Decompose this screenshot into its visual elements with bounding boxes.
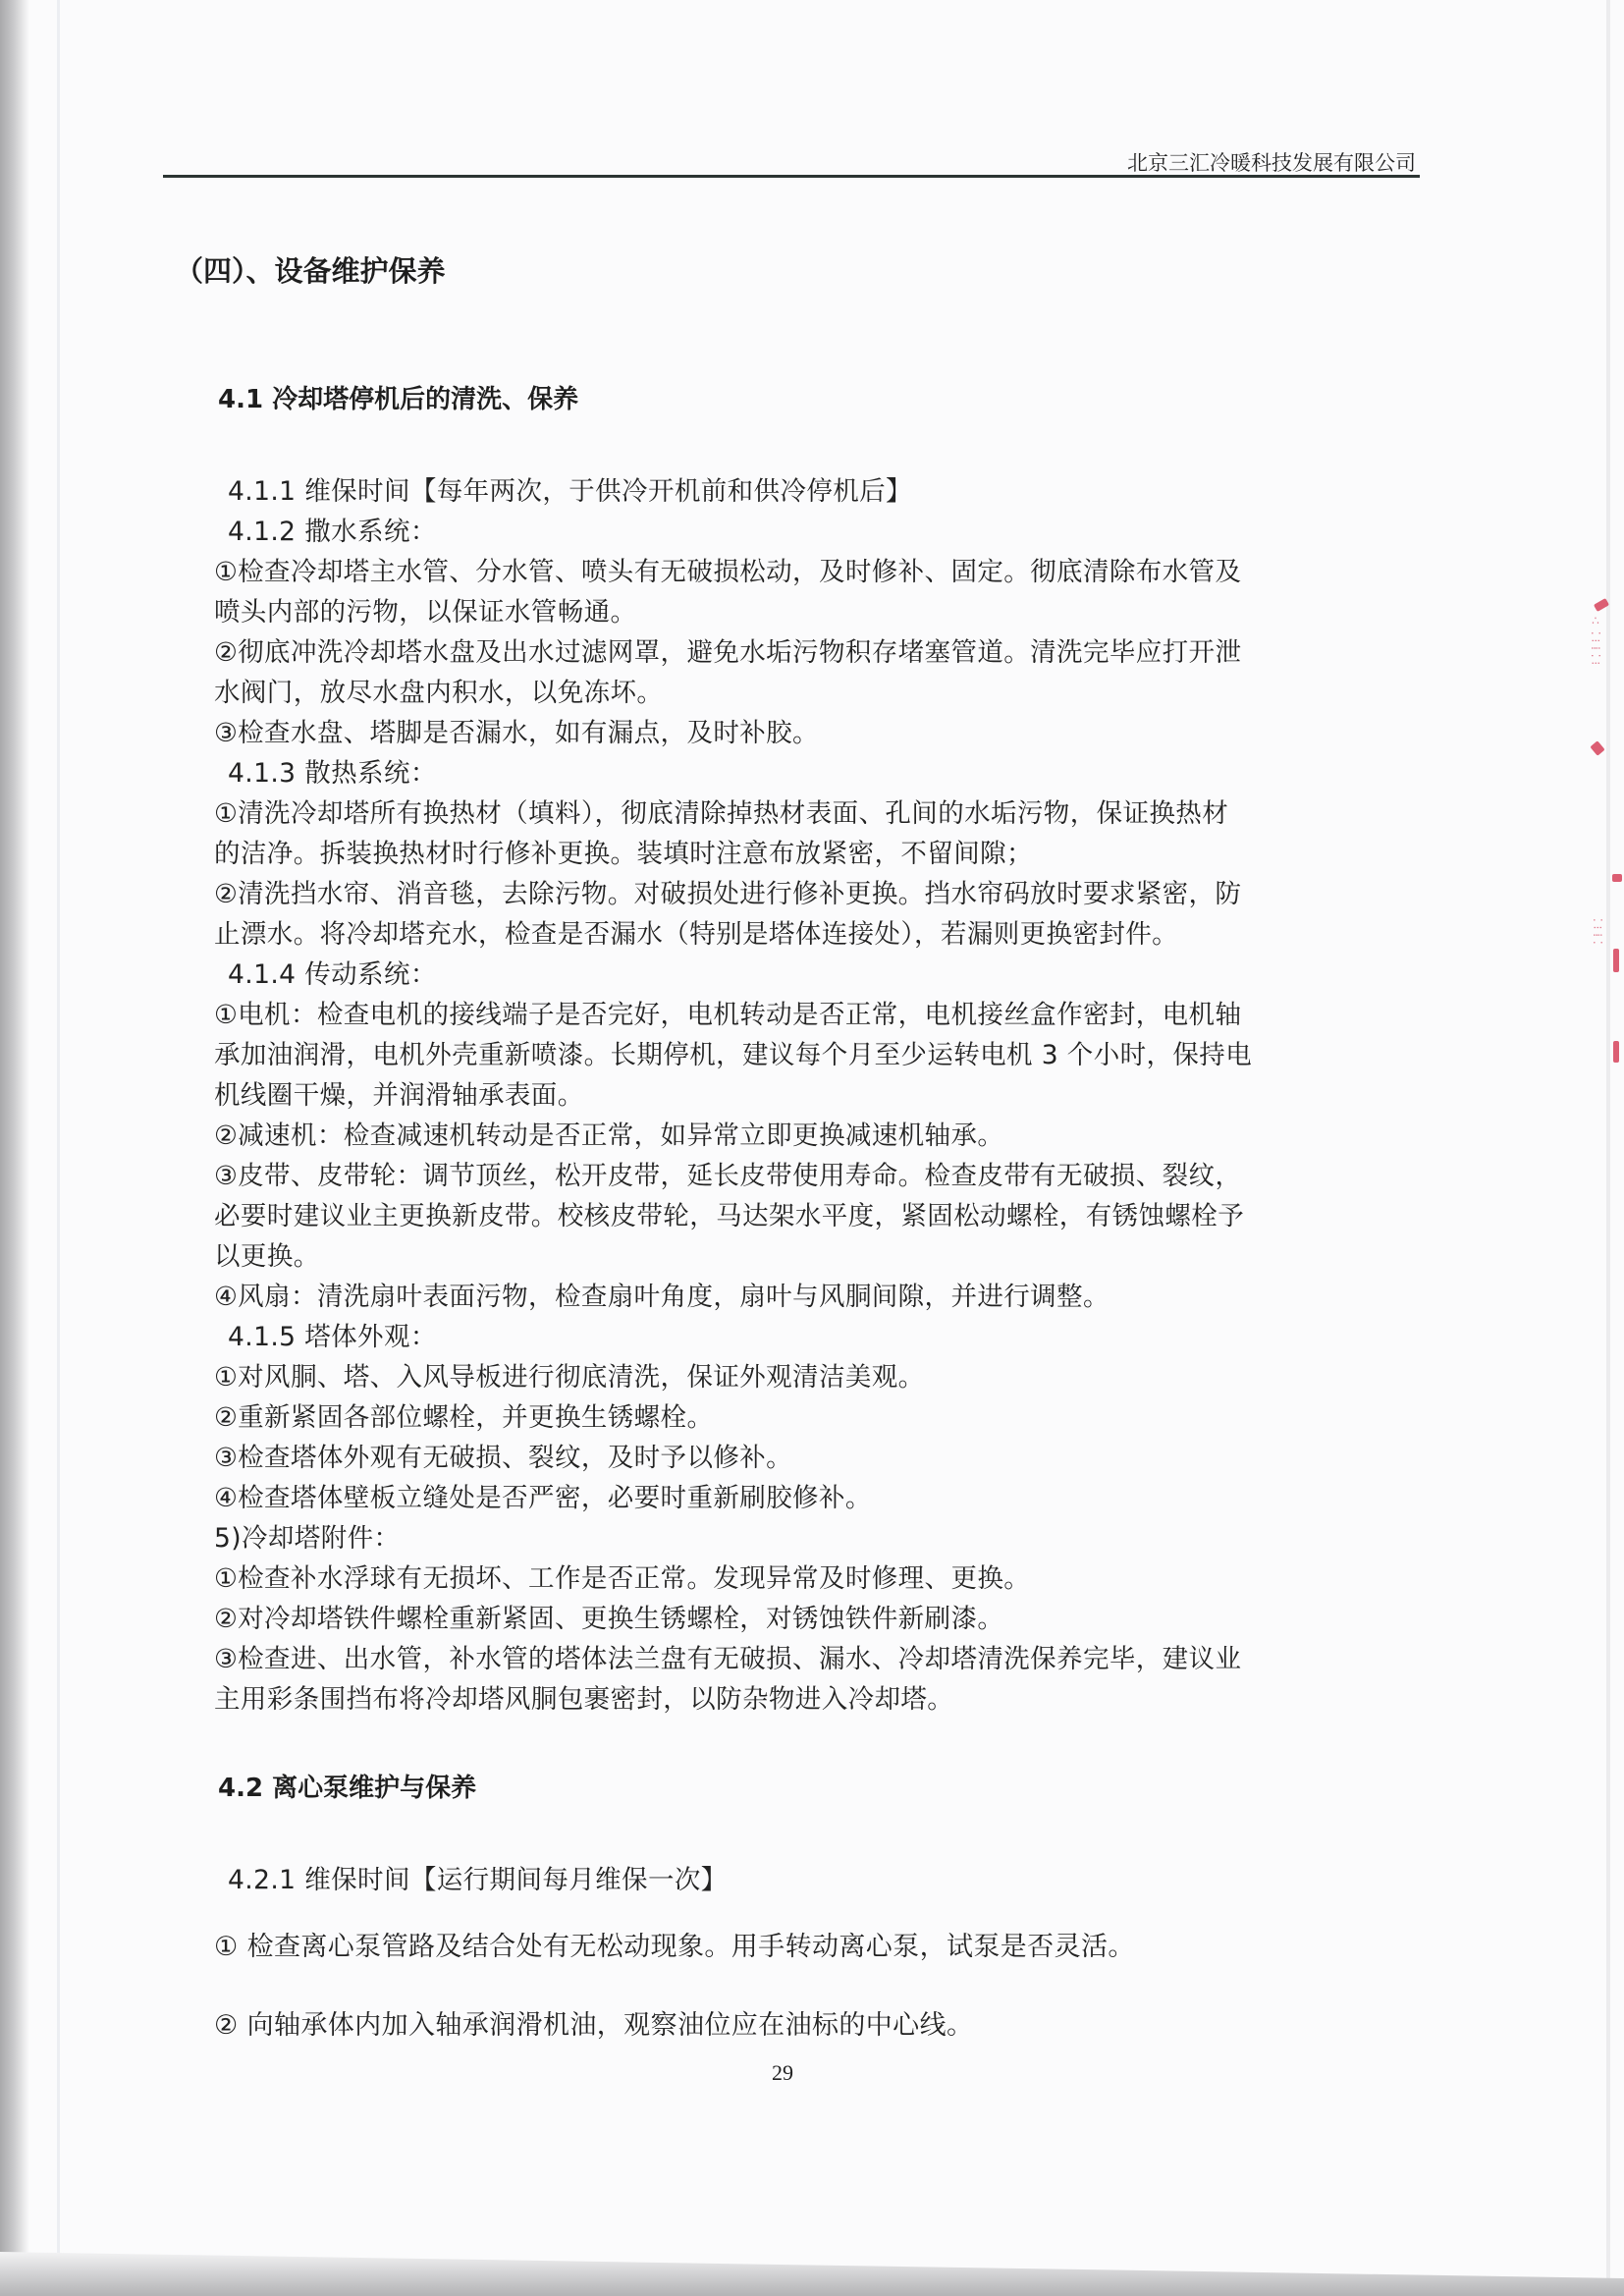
paragraph-line: 止漂水。将冷却塔充水，检查是否漏水（特别是塔体连接处），若漏则更换密封件。 <box>214 912 1178 951</box>
paragraph-line: 以更换。 <box>214 1234 320 1273</box>
paragraph-line: ③检查进、出水管，补水管的塔体法兰盘有无破损、漏水、冷却塔清洗保养完毕，建议业 <box>214 1637 1241 1675</box>
paragraph-line: 主用彩条围挡布将冷却塔风胴包裹密封，以防杂物进入冷却塔。 <box>214 1677 953 1716</box>
paragraph-line: ②清洗挡水帘、消音毯，去除污物。对破损处进行修补更换。挡水帘码放时要求紧密，防 <box>214 872 1241 910</box>
page-number: 29 <box>772 2060 793 2086</box>
document-page: 北京三汇冷暖科技发展有限公司 （四）、设备维护保养 4.1 冷却塔停机后的清洗、… <box>0 0 1624 2296</box>
paragraph-line: 4.1.4 传动系统： <box>228 953 437 991</box>
paragraph-line: 的洁净。拆装换热材时行修补更换。装填时注意布放紧密，不留间隙； <box>214 832 1033 870</box>
paragraph-line: ①检查补水浮球有无损坏、工作是否正常。发现异常及时修理、更换。 <box>214 1557 1030 1595</box>
seal-stamp-fragment <box>1613 949 1619 972</box>
paragraph-line: 必要时建议业主更换新皮带。校核皮带轮，马达架水平度，紧固松动螺栓，有锈蚀螺栓予 <box>214 1194 1244 1232</box>
paragraph-line: ①清洗冷却塔所有换热材（填料），彻底清除掉热材表面、孔间的水垢污物，保证换热材 <box>214 792 1228 830</box>
paragraph-line: ①对风胴、塔、入风导板进行彻底清洗，保证外观清洁美观。 <box>214 1355 925 1394</box>
paragraph-line: ④风扇：清洗扇叶表面污物，检查扇叶角度，扇叶与风胴间隙，并进行调整。 <box>214 1275 1110 1313</box>
seal-stamp-fragment <box>1612 874 1622 882</box>
section-title-4-1: 4.1 冷却塔停机后的清洗、保养 <box>218 379 578 415</box>
paragraph-line: 5)冷却塔附件： <box>214 1516 400 1555</box>
paragraph-line: ②彻底冲洗冷却塔水盘及出水过滤网罩，避免水垢污物积存堵塞管道。清洗完毕应打开泄 <box>214 630 1241 669</box>
paragraph-line: ④检查塔体壁板立缝处是否严密，必要时重新刷胶修补。 <box>214 1476 872 1514</box>
paragraph-line: 4.1.3 散热系统： <box>228 751 437 790</box>
seal-stamp-fragment: ⁚ ⁝ ⁞ ⁚ <box>1591 918 1604 1046</box>
paragraph-line: ③检查塔体外观有无破损、裂纹，及时予以修补。 <box>214 1436 792 1474</box>
paragraph-line: ①电机：检查电机的接线端子是否完好，电机转动是否正常，电机接丝盒作密封，电机轴 <box>214 993 1241 1031</box>
header-company-name: 北京三汇冷暖科技发展有限公司 <box>1127 147 1416 177</box>
paragraph-line: 4.1.5 塔体外观： <box>228 1315 437 1353</box>
seal-stamp-fragment: ∴ ⁚ ⁝ ⁞ ⁚ ⁝ <box>1589 614 1602 732</box>
paragraph-line: ③皮带、皮带轮：调节顶丝，松开皮带，延长皮带使用寿命。检查皮带有无破损、裂纹， <box>214 1154 1241 1192</box>
paragraph-line: ②重新紧固各部位螺栓，并更换生锈螺栓。 <box>214 1395 713 1434</box>
seal-stamp-fragment <box>1594 598 1609 612</box>
paragraph-line: 4.2.1 维保时间【运行期间每月维保一次】 <box>228 1858 728 1896</box>
paragraph-line: 4.1.1 维保时间【每年两次，于供冷开机前和供冷停机后】 <box>228 469 912 508</box>
paragraph-line: ② 向轴承体内加入轴承润滑机油，观察油位应在油标的中心线。 <box>214 2003 973 2042</box>
paragraph-line: 机线圈干燥，并润滑轴承表面。 <box>214 1073 584 1112</box>
paragraph-line: 喷头内部的污物，以保证水管畅通。 <box>214 590 636 629</box>
paragraph-line: 承加油润滑，电机外壳重新喷漆。长期停机，建议每个月至少运转电机 3 个小时，保持… <box>214 1033 1252 1071</box>
seal-stamp-fragment <box>1590 740 1604 756</box>
section-title-4-2: 4.2 离心泵维护与保养 <box>218 1768 476 1804</box>
chapter-title: （四）、设备维护保养 <box>175 249 446 290</box>
paragraph-line: ②减速机：检查减速机转动是否正常，如异常立即更换减速机轴承。 <box>214 1114 1003 1152</box>
paragraph-line: ③检查水盘、塔脚是否漏水，如有漏点，及时补胶。 <box>214 711 819 749</box>
header-divider <box>163 175 1420 178</box>
paragraph-line: ②对冷却塔铁件螺栓重新紧固、更换生锈螺栓，对锈蚀铁件新刷漆。 <box>214 1597 1003 1635</box>
paragraph-line: ① 检查离心泵管路及结合处有无松动现象。用手转动离心泵，试泵是否灵活。 <box>214 1925 1135 1963</box>
paragraph-line: ①检查冷却塔主水管、分水管、喷头有无破损松动，及时修补、固定。彻底清除布水管及 <box>214 550 1241 588</box>
paragraph-line: 水阀门，放尽水盘内积水，以免冻坏。 <box>214 671 663 709</box>
paragraph-line: 4.1.2 撒水系统： <box>228 510 437 548</box>
seal-stamp-fragment <box>1613 1041 1619 1063</box>
